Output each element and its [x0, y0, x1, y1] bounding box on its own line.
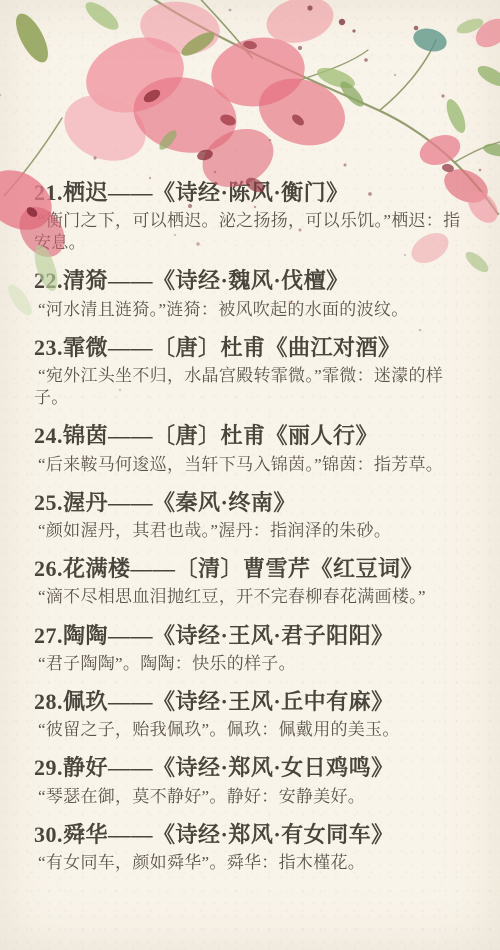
- entry-title: 27.陶陶——《诗经·王风·君子阳阳》: [34, 623, 474, 648]
- entry-title: 23.霏微——〔唐〕杜甫《曲江对酒》: [34, 335, 474, 360]
- entry-quote: “后来鞍马何逡巡，当轩下马入锦茵。”锦茵：指芳草。: [34, 454, 474, 476]
- entry: 28.佩玖——《诗经·王风·丘中有麻》 “彼留之子，贻我佩玖”。佩玖：佩戴用的美…: [34, 689, 474, 741]
- entry-quote: “颜如渥丹，其君也哉。”渥丹：指润泽的朱砂。: [34, 520, 474, 542]
- entry-quote: “衡门之下，可以栖迟。泌之扬扬，可以乐饥。”栖迟：指安息。: [34, 210, 474, 254]
- entry-title: 25.渥丹——《秦风·终南》: [34, 490, 474, 515]
- entry-title: 30.舜华——《诗经·郑风·有女同车》: [34, 822, 474, 847]
- entry-title: 29.静好——《诗经·郑风·女日鸡鸣》: [34, 755, 474, 780]
- entry: 24.锦茵——〔唐〕杜甫《丽人行》 “后来鞍马何逡巡，当轩下马入锦茵。”锦茵：指…: [34, 423, 474, 475]
- entry: 26.花满楼——〔清〕曹雪芹《红豆词》 “滴不尽相思血泪抛红豆，开不完春柳春花满…: [34, 556, 474, 608]
- entry-quote: “宛外江头坐不归，水晶宫殿转霏微。”霏微：迷濛的样子。: [34, 365, 474, 409]
- entry: 30.舜华——《诗经·郑风·有女同车》 “有女同车，颜如舜华”。舜华：指木槿花。: [34, 822, 474, 874]
- entry-quote: “滴不尽相思血泪抛红豆，开不完春柳春花满画楼。”: [34, 586, 474, 608]
- entry: 27.陶陶——《诗经·王风·君子阳阳》 “君子陶陶”。陶陶：快乐的样子。: [34, 623, 474, 675]
- entry: 21.栖迟——《诗经·陈风·衡门》 “衡门之下，可以栖迟。泌之扬扬，可以乐饥。”…: [34, 180, 474, 254]
- poetry-word-list-page: 21.栖迟——《诗经·陈风·衡门》 “衡门之下，可以栖迟。泌之扬扬，可以乐饥。”…: [0, 0, 500, 950]
- entry-quote: “君子陶陶”。陶陶：快乐的样子。: [34, 653, 474, 675]
- entry: 29.静好——《诗经·郑风·女日鸡鸣》 “琴瑟在御，莫不静好”。静好：安静美好。: [34, 755, 474, 807]
- entry-title: 28.佩玖——《诗经·王风·丘中有麻》: [34, 689, 474, 714]
- entry: 22.清猗——《诗经·魏风·伐檀》 “河水清且涟猗。”涟猗：被风吹起的水面的波纹…: [34, 268, 474, 320]
- entry-quote: “河水清且涟猗。”涟猗：被风吹起的水面的波纹。: [34, 299, 474, 321]
- entry: 23.霏微——〔唐〕杜甫《曲江对酒》 “宛外江头坐不归，水晶宫殿转霏微。”霏微：…: [34, 335, 474, 409]
- entry-quote: “彼留之子，贻我佩玖”。佩玖：佩戴用的美玉。: [34, 719, 474, 741]
- entry-title: 24.锦茵——〔唐〕杜甫《丽人行》: [34, 423, 474, 448]
- entry-quote: “琴瑟在御，莫不静好”。静好：安静美好。: [34, 786, 474, 808]
- word-list: 21.栖迟——《诗经·陈风·衡门》 “衡门之下，可以栖迟。泌之扬扬，可以乐饥。”…: [0, 0, 500, 874]
- entry-title: 21.栖迟——《诗经·陈风·衡门》: [34, 180, 474, 205]
- entry: 25.渥丹——《秦风·终南》 “颜如渥丹，其君也哉。”渥丹：指润泽的朱砂。: [34, 490, 474, 542]
- entry-title: 22.清猗——《诗经·魏风·伐檀》: [34, 268, 474, 293]
- entry-title: 26.花满楼——〔清〕曹雪芹《红豆词》: [34, 556, 474, 581]
- entry-quote: “有女同车，颜如舜华”。舜华：指木槿花。: [34, 852, 474, 874]
